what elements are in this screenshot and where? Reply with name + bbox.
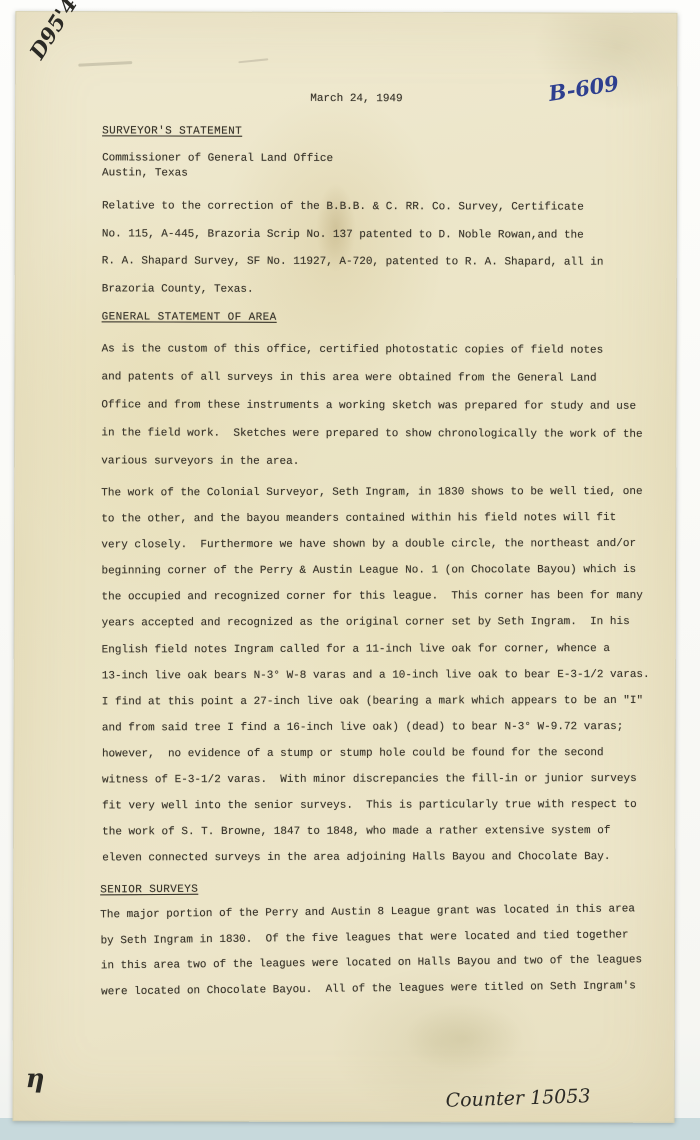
- text-line: Relative to the correction of the B.B.B.…: [102, 193, 604, 222]
- heading-surveyors-statement: SURVEYOR'S STATEMENT: [102, 125, 242, 137]
- text-line: to the other, and the bayou meanders con…: [101, 505, 649, 533]
- text-line: years accepted and recognized as the ori…: [102, 609, 650, 637]
- text-line: No. 115, A-445, Brazoria Scrip No. 137 p…: [102, 221, 604, 250]
- paragraph-senior-surveys: The major portion of the Perry and Austi…: [100, 897, 642, 1006]
- text-line: were located on Chocolate Bayou. All of …: [101, 974, 643, 1006]
- text-line: Austin, Texas: [102, 166, 333, 181]
- text-line: English field notes Ingram called for a …: [102, 635, 650, 663]
- text-line: Office and from these instruments a work…: [101, 391, 642, 420]
- text-line: however, no evidence of a stump or stump…: [102, 740, 650, 768]
- text-line: As is the custom of this office, certifi…: [102, 335, 643, 364]
- text-line: witness of E-3-1/2 varas. With minor dis…: [102, 766, 650, 794]
- handwritten-code-top-left: D95'4: [24, 0, 82, 63]
- text-line: beginning corner of the Perry & Austin L…: [101, 557, 649, 585]
- handwritten-mark-bottom-left: η: [26, 1064, 45, 1094]
- handwritten-counter-note: Counter 15053: [445, 1085, 591, 1112]
- paragraph-colonial-surveyor: The work of the Colonial Surveyor, Seth …: [101, 479, 650, 872]
- text-line: the work of S. T. Browne, 1847 to 1848, …: [102, 818, 650, 846]
- date-line: March 24, 1949: [310, 93, 402, 105]
- text-line: I find at this point a 27-inch live oak …: [102, 688, 650, 716]
- text-line: The work of the Colonial Surveyor, Seth …: [101, 479, 649, 507]
- heading-senior-surveys: SENIOR SURVEYS: [100, 884, 198, 897]
- text-line: very closely. Furthermore we have shown …: [101, 531, 649, 559]
- text-line: eleven connected surveys in the area adj…: [102, 844, 650, 872]
- text-line: 13-inch live oak bears N-3° W-8 varas an…: [102, 662, 650, 690]
- paper-stain: [404, 1003, 524, 1073]
- tape-scratch-mark: [78, 61, 132, 67]
- addressee-block: Commissioner of General Land OfficeAusti…: [102, 151, 333, 181]
- text-line: and from said tree I find a 16-inch live…: [102, 714, 650, 742]
- text-line: R. A. Shapard Survey, SF No. 11927, A-72…: [102, 249, 604, 278]
- paper: D95'4 B-609 η Counter 15053 March 24, 19…: [13, 11, 678, 1123]
- text-line: and patents of all surveys in this area …: [101, 363, 642, 392]
- scanned-document: D95'4 B-609 η Counter 15053 March 24, 19…: [0, 0, 700, 1140]
- text-line: in the field work. Sketches were prepare…: [101, 419, 642, 448]
- paragraph-relative: Relative to the correction of the B.B.B.…: [102, 193, 604, 305]
- text-line: various surveyors in the area.: [101, 447, 642, 476]
- handwritten-code-top-right: B-609: [547, 70, 621, 106]
- paragraph-general-statement: As is the custom of this office, certifi…: [101, 335, 643, 476]
- text-line: Commissioner of General Land Office: [102, 151, 333, 166]
- text-line: fit very well into the senior surveys. T…: [102, 792, 650, 820]
- scratch-mark: [238, 58, 268, 63]
- text-line: Brazoria County, Texas.: [102, 276, 604, 305]
- text-line: the occupied and recognized corner for t…: [101, 583, 649, 611]
- heading-general-statement: GENERAL STATEMENT OF AREA: [102, 311, 277, 323]
